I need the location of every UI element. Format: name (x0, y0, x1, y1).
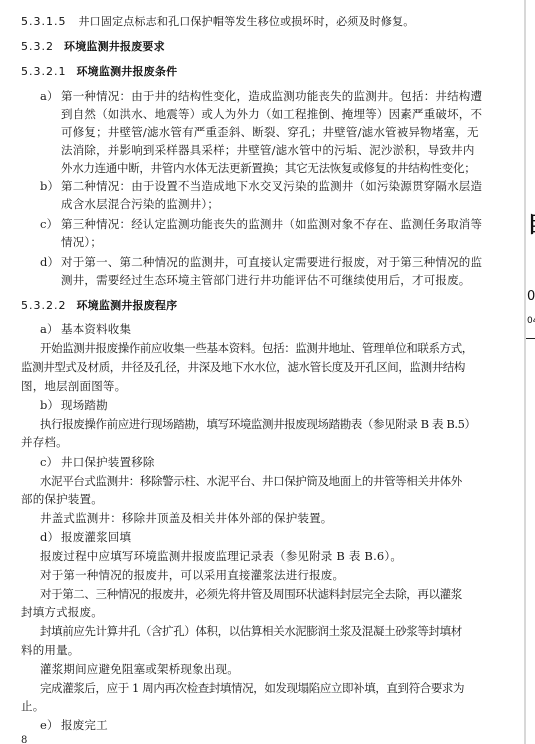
paragraph-line: 封填前应先计算井孔（含扩孔）体积，以估算相关水泥膨润土浆及混凝土砂浆等封填材 (40, 624, 462, 638)
paragraph-line: 井盖式监测井：移除井顶盖及相关井体外部的保护装置。 (40, 511, 333, 525)
list-item-text: 成含水层混合污染的监测井）； (61, 197, 219, 211)
paragraph-line: 部的保护装置。 (21, 492, 103, 506)
list-item-text: 第三种情况：经认定监测功能丧失的监测井（如监测对象不存在、监测任务取消等 (61, 217, 482, 231)
next-page-fragment: 目 0 04 (526, 0, 535, 744)
next-page-glyph: 目 (527, 208, 535, 239)
paragraph-line: 止。 (21, 699, 44, 713)
paragraph-line: 灌浆期间应避免阻塞或架桥现象出现。 (40, 662, 239, 676)
heading-5-3-2-1: 5.3.2.1环境监测井报废条件 (21, 65, 177, 79)
list-item-text: 可修复；井壁管/滤水管有严重歪斜、断裂、穿孔；井壁管/滤水管被异物堵塞，无 (61, 125, 479, 139)
paragraph-line: 对于第二、三种情况的报废井，必须先将井管及周围环状滤料封层完全去除，再以灌浆 (40, 587, 462, 601)
heading-number: 5.3.2.2 (21, 299, 66, 313)
step-title: 井口保护装置移除 (61, 455, 155, 469)
step-title: 基本资料收集 (61, 322, 131, 336)
paragraph-line: 开始监测井报废操作前应收集一些基本资料。包括：监测井地址、管理单位和联系方式， (40, 341, 473, 355)
list-item-label: b） (40, 179, 59, 193)
paragraph-line: 水泥平台式监测井：移除警示柱、水泥平台、井口保护筒及地面上的井管等相关井体外 (40, 474, 462, 488)
list-item-label: c） (40, 217, 58, 231)
paragraph-line: 并存档。 (21, 435, 68, 449)
step-label: e） (40, 718, 59, 732)
paragraph-line: 料的用量。 (21, 643, 80, 657)
list-item-text: 外水力连通中断，井管内水体无法更新置换；其它无法恢复或修复的井结构性变化； (61, 161, 475, 175)
heading-number: 5.3.2.1 (21, 65, 66, 79)
paragraph-line: 图，地层剖面图等。 (21, 379, 126, 393)
heading-number: 5.3.2 (21, 40, 54, 54)
paragraph-line: 执行报废操作前应进行现场踏勘，填写环境监测井报废现场踏勘表（参见附录 B 表 B… (40, 417, 476, 431)
document-page: 5.3.1.5井口固定点标志和孔口保护帽等发生移位或损坏时，必须及时修复。 5.… (0, 0, 524, 744)
step-title: 报废灌浆回填 (61, 530, 131, 544)
heading-5-3-2-2: 5.3.2.2环境监测井报废程序 (21, 299, 177, 313)
page-number: 8 (21, 735, 27, 744)
step-label: d） (40, 530, 59, 544)
paragraph-line: 报废过程中应填写环境监测井报废监理记录表（参见附录 B 表 B.6）。 (40, 549, 402, 563)
list-item-text: 情况）； (61, 235, 102, 249)
list-item-label: d） (40, 255, 59, 269)
heading-title: 环境监测井报废要求 (64, 40, 165, 53)
paragraph-line: 封填方式报废。 (21, 605, 103, 619)
clause-text: 井口固定点标志和孔口保护帽等发生移位或损坏时，必须及时修复。 (78, 15, 414, 28)
list-item-text: 测井，需要经过生态环境主管部门进行井功能评估不可继续使用后，才可报废。 (61, 273, 471, 287)
next-page-text: 04 (527, 316, 535, 326)
step-label: a） (40, 322, 59, 336)
list-item-text: 第二种情况：由于设置不当造成地下水交叉污染的监测井（如污染源贯穿隔水层造 (61, 179, 482, 193)
next-page-rule (526, 338, 535, 339)
step-title: 报废完工 (61, 718, 108, 732)
list-item-label: a） (40, 89, 59, 103)
list-item-text: 第一种情况：由于井的结构性变化，造成监测功能丧失的监测井。包括：井结构遭 (61, 89, 482, 103)
paragraph-line: 完成灌浆后，应于 1 周内再次检查封填情况，如发现塌陷应立即补填，直到符合要求为 (40, 681, 464, 695)
heading-title: 环境监测井报废条件 (76, 65, 177, 78)
paragraph-line: 对于第一种情况的报废井，可以采用直接灌浆法进行报废。 (40, 568, 344, 582)
step-title: 现场踏勘 (61, 398, 108, 412)
list-item-text: 到自然（如洪水、地震等）或人为外力（如工程推倒、掩埋等）因素严重破坏，不 (61, 107, 482, 121)
clause-5-3-1-5: 5.3.1.5井口固定点标志和孔口保护帽等发生移位或损坏时，必须及时修复。 (21, 15, 414, 29)
step-label: b） (40, 398, 59, 412)
list-item-text: 对于第一、第二种情况的监测井，可直接认定需要进行报废，对于第三种情况的监 (61, 255, 482, 269)
clause-number: 5.3.1.5 (21, 15, 66, 29)
heading-title: 环境监测井报废程序 (76, 299, 177, 312)
step-label: c） (40, 455, 58, 469)
heading-5-3-2: 5.3.2环境监测井报废要求 (21, 40, 165, 54)
list-item-text: 法消除，并影响到采样器具采样；井壁管/滤水管中的污垢、泥沙淤积，导致井内 (61, 143, 475, 157)
paragraph-line: 监测井型式及材质，井径及孔径，井深及地下水水位，滤水管长度及开孔区间，监测井结构 (21, 360, 465, 374)
next-page-text: 0 (527, 289, 535, 304)
